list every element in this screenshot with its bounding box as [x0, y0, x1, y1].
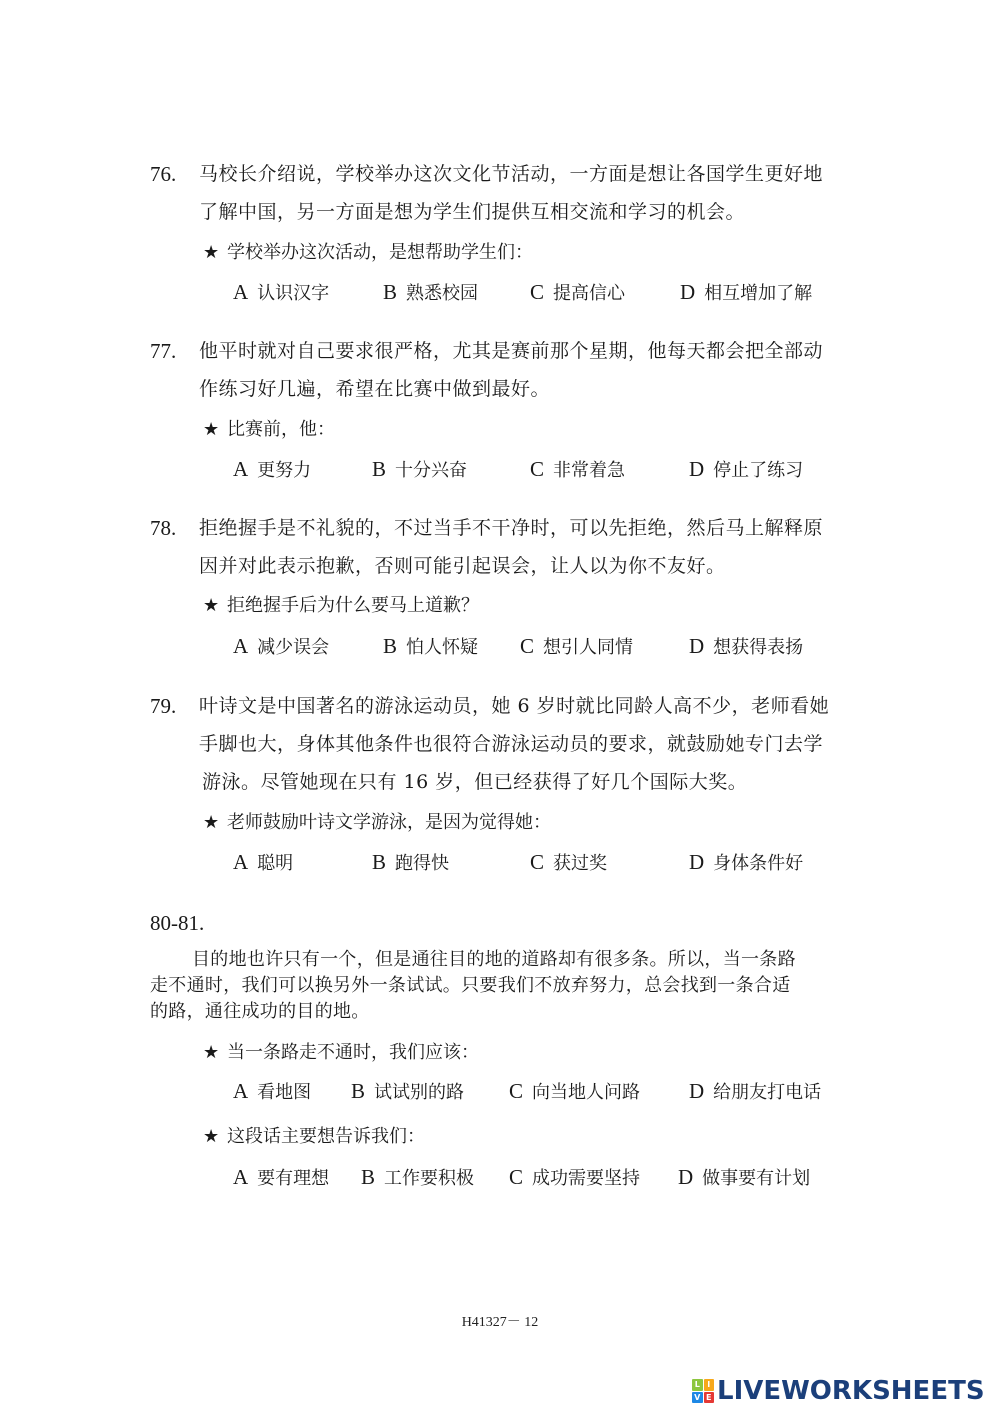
option-a[interactable]: A看地图 [233, 1078, 311, 1106]
options-row: A看地图 B试试别的路 C向当地人问路 D给朋友打电话 [233, 1078, 853, 1104]
option-a[interactable]: A减少误会 [233, 633, 329, 661]
star-icon: ★ [203, 1125, 227, 1149]
question-number: 78. [150, 516, 176, 540]
question-prompt: ★比赛前，他： [203, 418, 335, 442]
option-c[interactable]: C获过奖 [530, 849, 607, 877]
options-row: A要有理想 B工作要积极 C成功需要坚持 D做事要有计划 [233, 1164, 853, 1190]
logo-tile-v: V [692, 1392, 703, 1404]
passage-line: 走不通时，我们可以换另外一条试试。只要我们不放弃努力，总会找到一条合适 [150, 973, 850, 999]
option-d[interactable]: D做事要有计划 [678, 1164, 810, 1192]
question-prompt: ★老师鼓励叶诗文学游泳，是因为觉得她： [203, 811, 551, 835]
option-d[interactable]: D相互增加了解 [680, 279, 812, 307]
option-c[interactable]: C提高信心 [530, 279, 625, 307]
star-icon: ★ [203, 811, 227, 835]
option-b[interactable]: B怕人怀疑 [383, 633, 478, 661]
question-text-line: 叶诗文是中国著名的游泳运动员，她 6 岁时就比同龄人高不少，老师看她 [199, 694, 829, 718]
prompt-text: 学校举办这次活动，是想帮助学生们： [227, 242, 533, 263]
option-a[interactable]: A要有理想 [233, 1164, 329, 1192]
option-d[interactable]: D给朋友打电话 [689, 1078, 821, 1106]
star-icon: ★ [203, 418, 227, 442]
reading-passage: 目的地也许只有一个，但是通往目的地的道路却有很多条。所以，当一条路 走不通时，我… [150, 947, 850, 1025]
brand-name: LIVEWORKSHEETS [717, 1376, 985, 1406]
question-text-line: 游泳。尽管她现在只有 16 岁，但已经获得了好几个国际大奖。 [202, 770, 747, 794]
option-b[interactable]: B试试别的路 [351, 1078, 464, 1106]
options-row: A减少误会 B怕人怀疑 C想引人同情 D想获得表扬 [233, 633, 853, 659]
passage-line: 的路，通往成功的目的地。 [150, 999, 850, 1025]
question-prompt: ★当一条路走不通时，我们应该： [203, 1041, 479, 1065]
prompt-text: 这段话主要想告诉我们： [227, 1126, 425, 1147]
option-d[interactable]: D停止了练习 [689, 456, 803, 484]
prompt-text: 比赛前，他： [227, 419, 335, 440]
option-b[interactable]: B十分兴奋 [372, 456, 467, 484]
options-row: A认识汉字 B熟悉校园 C提高信心 D相互增加了解 [233, 279, 853, 305]
option-b[interactable]: B熟悉校园 [383, 279, 478, 307]
question-text-line: 他平时就对自己要求很严格，尤其是赛前那个星期，他每天都会把全部动 [199, 339, 823, 363]
question-text-line: 了解中国，另一方面是想为学生们提供互相交流和学习的机会。 [199, 200, 745, 224]
question-text-line: 拒绝握手是不礼貌的，不过当手不干净时，可以先拒绝，然后马上解释原 [199, 516, 823, 540]
question-text-line: 手脚也大，身体其他条件也很符合游泳运动员的要求，就鼓励她专门去学 [199, 732, 823, 756]
page-code: H41327－ 12 [0, 1311, 1000, 1331]
question-number: 80-81. [150, 911, 204, 935]
question-text-line: 因并对此表示抱歉，否则可能引起误会，让人以为你不友好。 [199, 554, 726, 578]
question-number: 79. [150, 694, 176, 718]
logo-tile-e: E [704, 1392, 715, 1404]
passage-line: 目的地也许只有一个，但是通往目的地的道路却有很多条。所以，当一条路 [150, 947, 850, 973]
option-c[interactable]: C想引人同情 [520, 633, 633, 661]
question-prompt: ★这段话主要想告诉我们： [203, 1125, 425, 1149]
star-icon: ★ [203, 241, 227, 265]
worksheet-page: 76. 马校长介绍说，学校举办这次文化节活动，一方面是想让各国学生更好地 了解中… [0, 0, 1000, 1414]
option-a[interactable]: A聪明 [233, 849, 293, 877]
option-a[interactable]: A更努力 [233, 456, 311, 484]
prompt-text: 拒绝握手后为什么要马上道歉？ [227, 595, 479, 616]
option-c[interactable]: C向当地人问路 [509, 1078, 640, 1106]
question-prompt: ★学校举办这次活动，是想帮助学生们： [203, 241, 533, 265]
star-icon: ★ [203, 1041, 227, 1065]
question-text-line: 作练习好几遍，希望在比赛中做到最好。 [199, 377, 550, 401]
logo-tile-l: L [692, 1379, 703, 1391]
question-prompt: ★拒绝握手后为什么要马上道歉？ [203, 594, 479, 618]
question-number: 77. [150, 339, 176, 363]
prompt-text: 老师鼓励叶诗文学游泳，是因为觉得她： [227, 812, 551, 833]
option-a[interactable]: A认识汉字 [233, 279, 329, 307]
option-c[interactable]: C非常着急 [530, 456, 625, 484]
option-d[interactable]: D想获得表扬 [689, 633, 803, 661]
option-c[interactable]: C成功需要坚持 [509, 1164, 640, 1192]
liveworksheets-logo[interactable]: L I V E LIVEWORKSHEETS [692, 1377, 985, 1405]
question-number: 76. [150, 162, 176, 186]
star-icon: ★ [203, 594, 227, 618]
option-d[interactable]: D身体条件好 [689, 849, 803, 877]
logo-tile-i: I [704, 1379, 715, 1391]
prompt-text: 当一条路走不通时，我们应该： [227, 1042, 479, 1063]
option-b[interactable]: B工作要积极 [361, 1164, 474, 1192]
option-b[interactable]: B跑得快 [372, 849, 449, 877]
options-row: A更努力 B十分兴奋 C非常着急 D停止了练习 [233, 456, 853, 482]
question-text-line: 马校长介绍说，学校举办这次文化节活动，一方面是想让各国学生更好地 [199, 162, 823, 186]
live-logo-icon: L I V E [692, 1379, 714, 1403]
options-row: A聪明 B跑得快 C获过奖 D身体条件好 [233, 849, 853, 875]
